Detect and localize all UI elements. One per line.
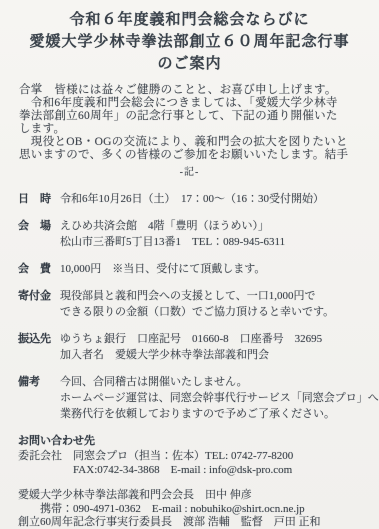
- detail-line: ゆうちょ銀行 口座記号 01660-8 口座番号 32695: [60, 331, 322, 347]
- detail-line: 松山市三番町5丁目13番1 TEL：089-945-6311: [60, 234, 285, 250]
- detail-content-notes: 今回、合同稽古は開催いたしません。 ホームページ運営は、同窓会幹事代行サービス「…: [60, 374, 379, 422]
- title-line-1: 令和６年度義和門会総会ならびに: [0, 9, 379, 31]
- contact-section: お問い合わせ先 委託会社 同窓会プロ（担当：佐本）TEL: 0742-77-82…: [18, 434, 373, 477]
- footer-line-committee: 創立60周年記念行事実行委員長 渡部 浩輔 監督 戸田 正和: [18, 516, 373, 529]
- detail-label-venue: 会 場: [18, 218, 60, 250]
- document-title: 令和６年度義和門会総会ならびに 愛媛大学少林寺拳法部創立６０周年記念行事 のご案…: [0, 0, 379, 75]
- detail-content-donation: 現役部員と義和門会への支援として、一口1,000円で できる限りの金額（口数）で…: [60, 288, 334, 320]
- greeting-paragraph: 合掌 皆様には益々ご健勝のことと、お喜び申し上げます。 令和6年度義和門会総会に…: [19, 84, 367, 162]
- greeting-line: 思いますので、多くの皆様のご参加をお願いいたします。結手: [19, 149, 367, 162]
- contact-line-fax-email: FAX:0742-34-3868 E-mail : info@dsk-pro.c…: [18, 463, 373, 477]
- detail-line: 令和6年10月26日（土） 17：00～（16：30受付開始）: [60, 191, 324, 207]
- record-mark: -記-: [0, 167, 379, 179]
- detail-item-fee: 会 費 10,000円 ※当日、受付にて頂戴します。: [18, 261, 373, 277]
- footer-line-president-contact: 携帯：090-4971-0362 E-mail : nobuhiko@shirt…: [18, 503, 373, 517]
- title-line-2: 愛媛大学少林寺拳法部創立６０周年記念行事: [0, 31, 379, 53]
- detail-line: 今回、合同稽古は開催いたしません。: [60, 374, 379, 390]
- detail-line: できる限りの金額（口数）でご協力頂けると幸いです。: [60, 304, 334, 320]
- detail-item-venue: 会 場 えひめ共済会館 4階「豊明（ほうめい）」 松山市三番町5丁目13番1 T…: [18, 218, 373, 250]
- footer-line-president: 愛媛大学少林寺拳法部義和門会会長 田中 伸彦: [18, 489, 373, 503]
- detail-content-datetime: 令和6年10月26日（土） 17：00～（16：30受付開始）: [60, 191, 324, 207]
- detail-content-venue: えひめ共済会館 4階「豊明（ほうめい）」 松山市三番町5丁目13番1 TEL：0…: [60, 218, 285, 250]
- detail-item-donation: 寄付金 現役部員と義和門会への支援として、一口1,000円で できる限りの金額（…: [18, 288, 373, 320]
- detail-item-notes: 備考 今回、合同稽古は開催いたしません。 ホームページ運営は、同窓会幹事代行サー…: [18, 374, 373, 422]
- detail-line: 現役部員と義和門会への支援として、一口1,000円で: [60, 288, 334, 304]
- detail-label-donation: 寄付金: [18, 288, 60, 320]
- contact-heading: お問い合わせ先: [18, 434, 373, 449]
- detail-line: えひめ共済会館 4階「豊明（ほうめい）」: [60, 218, 285, 234]
- contact-line-company: 委託会社 同窓会プロ（担当：佐本）TEL: 0742-77-8200: [18, 449, 373, 463]
- details-section: 日 時 令和6年10月26日（土） 17：00～（16：30受付開始） 会 場 …: [18, 191, 373, 422]
- title-line-3: のご案内: [0, 53, 379, 75]
- contact-lines: 委託会社 同窓会プロ（担当：佐本）TEL: 0742-77-8200 FAX:0…: [18, 449, 373, 477]
- detail-item-datetime: 日 時 令和6年10月26日（土） 17：00～（16：30受付開始）: [18, 191, 373, 207]
- scanned-announcement-document: 令和６年度義和門会総会ならびに 愛媛大学少林寺拳法部創立６０周年記念行事 のご案…: [0, 0, 379, 529]
- detail-content-bank-transfer: ゆうちょ銀行 口座記号 01660-8 口座番号 32695 加入者名 愛媛大学…: [60, 331, 322, 363]
- greeting-line: します。: [19, 123, 367, 136]
- detail-line: ホームページ運営は、同窓会幹事代行サービス「同窓会プロ」へ: [60, 390, 379, 406]
- detail-label-datetime: 日 時: [18, 191, 60, 207]
- detail-line: 10,000円 ※当日、受付にて頂戴します。: [60, 261, 265, 277]
- detail-item-bank-transfer: 振込先 ゆうちょ銀行 口座記号 01660-8 口座番号 32695 加入者名 …: [18, 331, 373, 363]
- detail-line: 加入者名 愛媛大学少林寺拳法部義和門会: [60, 347, 322, 363]
- detail-content-fee: 10,000円 ※当日、受付にて頂戴します。: [60, 261, 265, 277]
- detail-line: 業務代行を依頼しておりますので予めご了承ください。: [60, 406, 379, 422]
- detail-label-fee: 会 費: [18, 261, 60, 277]
- greeting-line: 合掌 皆様には益々ご健勝のことと、お喜び申し上げます。: [19, 84, 367, 97]
- detail-label-bank-transfer: 振込先: [18, 331, 60, 363]
- footer-signatures: 愛媛大学少林寺拳法部義和門会会長 田中 伸彦 携帯：090-4971-0362 …: [18, 489, 373, 529]
- greeting-line: 現役とOB・OGの交流により、義和門会の拡大を図りたいと: [19, 136, 367, 149]
- greeting-line: 令和6年度義和門会総会につきましては、「愛媛大学少林寺: [19, 97, 367, 110]
- greeting-line: 拳法部創立60周年」の記念行事として、下記の通り開催いた: [19, 110, 367, 123]
- detail-label-notes: 備考: [18, 374, 60, 422]
